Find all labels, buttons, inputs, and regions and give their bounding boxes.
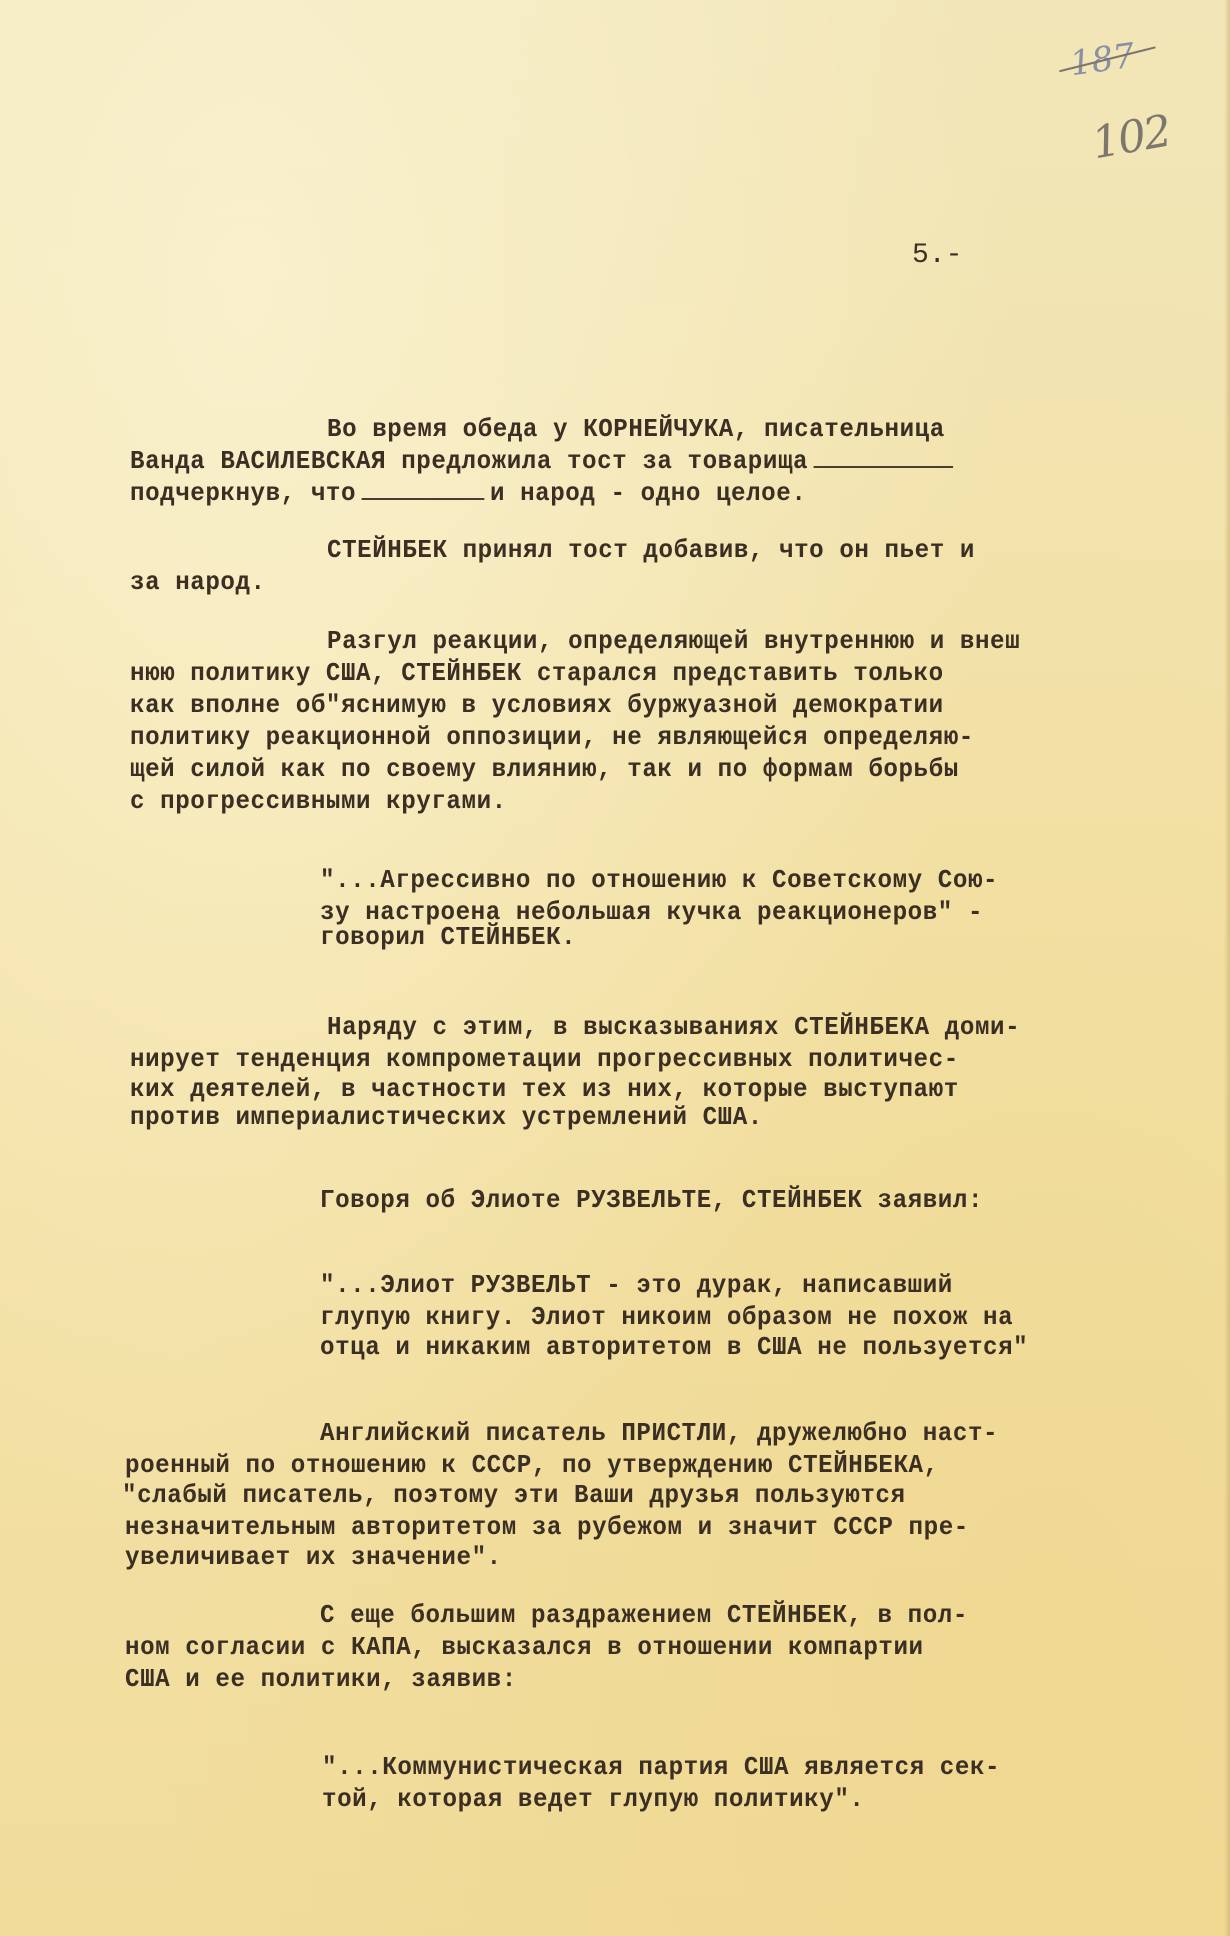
text-line: СТЕЙНБЕК принял тост добавив, что он пье… (327, 535, 975, 565)
page-edge (1224, 0, 1230, 1936)
text-line: США и ее политики, заявив: (125, 1664, 517, 1694)
text-line: как вполне об"яснимую в условиях буржуаз… (130, 690, 944, 720)
text-line: щей силой как по своему влиянию, так и п… (130, 754, 959, 784)
text-line: ном согласии с КАПА, высказался в отноше… (125, 1632, 924, 1662)
text-span: подчеркнув, что (130, 478, 356, 508)
page-number: 5.- (912, 240, 962, 271)
text-line: роенный по отношению к СССР, по утвержде… (125, 1450, 939, 1480)
text-span: Ванда ВАСИЛЕВСКАЯ предложила тост за тов… (130, 446, 808, 476)
text-line: той, которая ведет глупую политику". (322, 1784, 864, 1814)
text-line: С еще большим раздражением СТЕЙНБЕК, в п… (320, 1600, 968, 1630)
redacted-blank (814, 464, 954, 468)
text-line: незначительным авторитетом за рубежом и … (125, 1512, 969, 1542)
text-line: "...Коммунистическая партия США является… (322, 1752, 1000, 1782)
text-line: "слабый писатель, поэтому эти Ваши друзь… (122, 1480, 906, 1510)
text-line: отца и никаким авторитетом в США не поль… (320, 1332, 1028, 1362)
redacted-blank (362, 496, 485, 500)
text-line: Ванда ВАСИЛЕВСКАЯ предложила тост за тов… (130, 446, 959, 476)
text-line: Английский писатель ПРИСТЛИ, дружелюбно … (320, 1418, 998, 1448)
text-line: нюю политику США, СТЕЙНБЕК старался пред… (130, 658, 944, 688)
text-line: Наряду с этим, в высказываниях СТЕЙНБЕКА… (327, 1012, 1020, 1042)
text-line: увеличивает их значение". (125, 1542, 502, 1572)
text-line: с прогрессивными кругами. (130, 786, 507, 816)
text-line: "...Элиот РУЗВЕЛЬТ - это дурак, написавш… (320, 1270, 953, 1300)
text-span: и народ - одно целое. (490, 478, 806, 508)
document-page: 187 102 5.- Во время обеда у КОРНЕЙЧУКА,… (0, 0, 1230, 1936)
text-line: "...Агрессивно по отношению к Советскому… (320, 865, 998, 895)
text-line: против империалистических устремлений СШ… (130, 1102, 763, 1132)
crossed-out-folio-number: 187 (1068, 36, 1138, 85)
text-line: говорил СТЕЙНБЕК. (320, 922, 576, 952)
text-line: Во время обеда у КОРНЕЙЧУКА, писательниц… (327, 414, 945, 444)
text-line: глупую книгу. Элиот никоим образом не по… (320, 1302, 1013, 1332)
text-line: за народ. (130, 567, 266, 597)
text-line: Говоря об Элиоте РУЗВЕЛЬТЕ, СТЕЙНБЕК зая… (320, 1185, 983, 1215)
folio-number: 102 (1088, 106, 1174, 170)
text-line: Разгул реакции, определяющей внутреннюю … (327, 626, 1020, 656)
text-line: подчеркнув, чтои народ - одно целое. (130, 478, 806, 508)
text-line: ких деятелей, в частности тех из них, ко… (130, 1074, 959, 1104)
text-line: политику реакционной оппозиции, не являю… (130, 722, 974, 752)
text-line: нирует тенденция компрометации прогресси… (130, 1044, 959, 1074)
